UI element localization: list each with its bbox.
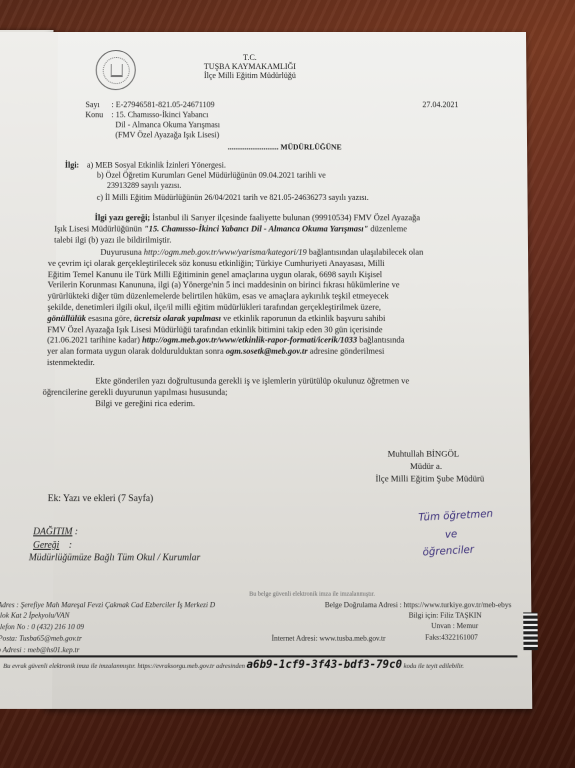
footer-info-contact: Bilgi için: Filiz TAŞKIN [409, 610, 482, 621]
closing-line: Bilgi ve gereğini rica ederim. [42, 399, 515, 410]
p2-line3: Eğitim Temel Kanunu ile Türk Milli Eğiti… [48, 270, 514, 281]
handwritten-note-line3: öğrenciler [422, 544, 474, 558]
konu-value-3: (FMV Özel Ayazağa Işık Lisesi) [115, 130, 219, 141]
footer-fax: Faks:4322161007 [425, 632, 478, 643]
ilgi-c: c) İl Milli Eğitim Müdürlüğünün 26/04/20… [97, 193, 369, 204]
handwritten-note-line2: ve [445, 529, 458, 541]
distribution-colon: : [75, 527, 78, 537]
gerегi-heading: Gereği : [33, 541, 72, 552]
footer-phone: Telefon No : 0 (432) 216 10 09 [0, 622, 84, 633]
distribution-heading: DAĞITIM : [33, 527, 78, 538]
p2-line10c: adresine gönderilmesi [308, 347, 385, 356]
konu-value-2: Dil - Almanca Okuma Yarışması [115, 120, 220, 131]
qr-code-icon [523, 612, 538, 650]
body-paragraph-2: Duyurusuna http://ogm.meb.gov.tr/www/yar… [47, 248, 515, 369]
p2-line8: FMV Özel Ayazağa Işık Lisesi Müdürlüğü t… [47, 325, 514, 336]
attachment-note: Ek: Yazı ve ekleri (7 Sayfa) [48, 494, 154, 505]
addressee: ........................... MÜDÜRLÜĞÜNE [228, 142, 342, 153]
p2-line1a: Duyurusuna [100, 248, 143, 257]
verification-text-pre: Bu evrak güvenli elektronik imza ile imz… [3, 663, 246, 670]
p2-line11: istenmektedir. [47, 358, 515, 369]
free-of-charge-emphasis: ücretsiz olarak yapılması [134, 314, 221, 323]
handwritten-note-line1: Tüm öğretmen [418, 508, 493, 523]
ilgi-b2: 23913289 sayılı yazısı. [107, 181, 182, 192]
footer-unvan: Unvan : Memur [431, 621, 478, 632]
footer-verify-url: Belge Doğrulama Adresi : https://www.tur… [325, 600, 512, 611]
report-format-link[interactable]: http://ogm.meb.gov.tr/www/etkinlik-rapor… [142, 336, 357, 345]
volunteer-emphasis: gönüllülük [47, 314, 86, 323]
p1-line3: talebi ilgi (b) yazı ile bildirilmiştir. [54, 235, 510, 246]
sayi-label: Sayı [85, 100, 99, 111]
competition-title: "15. Chamısso-İkinci Yabancı Dil - Alman… [144, 224, 368, 233]
verification-text-post: kodu ile teyit edilebilir. [402, 663, 464, 670]
gereği-label: Gereği [33, 541, 59, 551]
letter-date: 27.04.2021 [422, 100, 458, 111]
ilgi-gerегi-lead: İlgi yazı gereği; [95, 213, 151, 222]
body-paragraph-3: Ekte gönderilen yazı doğrultusunda gerek… [42, 376, 515, 409]
p1-line1: İstanbul ili Sarıyer ilçesinde faaliyett… [150, 213, 420, 222]
konu-label: Konu [85, 110, 103, 121]
footer-address-1: Adres : Şerefiye Mah Mareşal Fevzi Çakma… [0, 600, 215, 611]
sayi-value: : E-27946581-821.05-24671109 [111, 100, 214, 111]
header-directorate: İlçe Milli Eğitim Müdürlüğü [50, 71, 451, 82]
p2-line9a: (21.06.2021 tarihine kadar) [47, 336, 142, 345]
p2-line1c: bağlantısından ulaşılabilecek olan [307, 248, 424, 257]
distribution-recipients: Müdürlüğümüze Bağlı Tüm Okul / Kurumlar [29, 553, 200, 564]
p2-line7d: ve etkinlik raporunun da etkinlik başvur… [221, 314, 385, 323]
competition-link[interactable]: http://ogm.meb.gov.tr/www/yarisma/katego… [144, 248, 307, 257]
ilgi-a: a) MEB Sosyal Etkinlik İzinleri Yönerges… [87, 161, 226, 172]
verification-code: a6b9-1cf9-3f43-bdf3-79c0 [247, 658, 402, 671]
p2-line7b: esasına göre, [86, 314, 134, 323]
p2-line10a: yer alan formata uygun olarak dolduruldu… [47, 347, 226, 356]
signatory-title-2: İlçe Milli Eğitim Şube Müdürü [375, 473, 484, 484]
footer-divider [0, 655, 517, 657]
p2-line2: ve çevrim içi olarak gerçekleştirilecek … [48, 259, 514, 270]
report-email-link[interactable]: ogm.sosetk@meb.gov.tr [226, 347, 308, 356]
signatory-title-1: Müdür a. [410, 461, 442, 472]
konu-value-1: : 15. Chamısso-İkinci Yabancı [111, 110, 208, 121]
p1-line2c: düzenleme [368, 224, 407, 233]
footer-kep: Kep Adresi : meb@hs01.kep.tr [0, 645, 79, 656]
footer-email: E-Posta: Tusba65@meb.gov.tr [0, 633, 82, 644]
official-letter: T.C. TUŞBA KAYMAKAMLIĞI İlçe Milli Eğiti… [44, 32, 533, 709]
p2-line6: şekilde, denetimleri ilgili okul, ilçe/i… [47, 303, 514, 314]
p2-line9c: bağlantısında [357, 336, 404, 345]
signatory-name: Muhtullah BİNGÖL [388, 448, 460, 459]
footer-internet: İnternet Adresi: www.tusba.meb.gov.tr [272, 633, 386, 644]
gereği-colon: : [69, 541, 72, 551]
p2-line4: Verilerin Korunması Kanununa, ilgi (a) Y… [48, 281, 515, 292]
ilgi-b1: b) Özel Öğretim Kurumları Genel Müdürlüğ… [97, 171, 326, 182]
distribution-label: DAĞITIM [33, 527, 72, 537]
p1-line2a: Işık Lisesi Müdürlüğünün [54, 224, 144, 233]
footer-verification: Bu evrak güvenli elektronik imza ile imz… [3, 660, 464, 673]
esign-note: Bu belge güvenli elektronik imza ile imz… [249, 589, 375, 600]
ilgi-label: İlgi: [65, 161, 79, 172]
p3-line1: Ekte gönderilen yazı doğrultusunda gerek… [43, 376, 515, 387]
body-paragraph-1: İlgi yazı gereği; İstanbul ili Sarıyer i… [54, 213, 510, 246]
footer-address-2: Blok Kat 2 İpekyolu/VAN [0, 610, 70, 621]
p2-line5: yürürlükteki diğer tüm düzenlemelerde be… [48, 292, 515, 303]
p3-line2: öğrencilerine gerekli duyurunun yapılmas… [43, 387, 516, 398]
